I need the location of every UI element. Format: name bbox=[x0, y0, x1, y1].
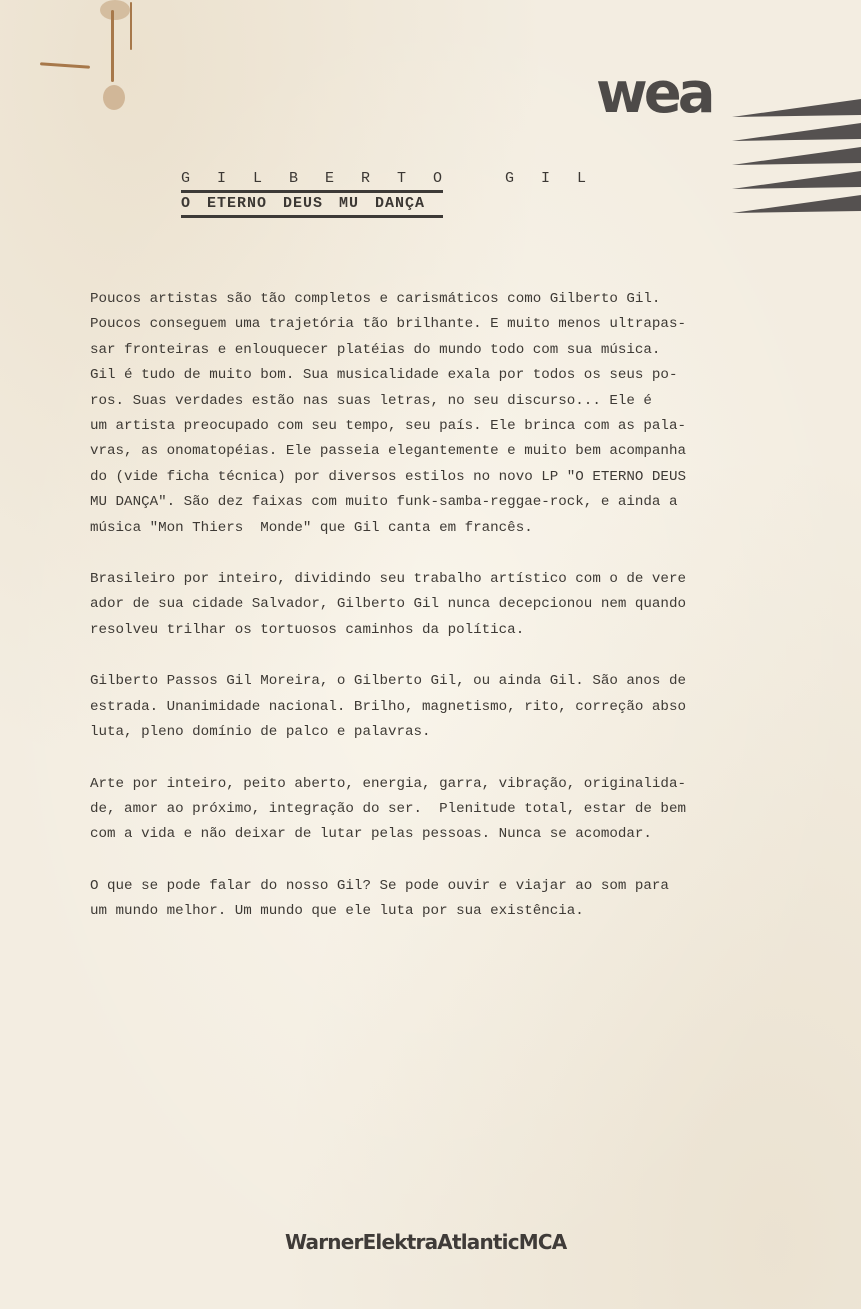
title-divider bbox=[181, 190, 443, 193]
artist-title: G I L B E R T O G I L bbox=[181, 170, 443, 187]
text-line: ador de sua cidade Salvador, Gilberto Gi… bbox=[90, 592, 710, 617]
title-underline bbox=[181, 215, 443, 218]
text-line: sar fronteiras e enlouquecer platéias do… bbox=[90, 338, 710, 363]
paragraph-intro: Poucos artistas são tão completos e cari… bbox=[90, 287, 710, 541]
text-line: estrada. Unanimidade nacional. Brilho, m… bbox=[90, 695, 710, 720]
press-release-body: Poucos artistas são tão completos e cari… bbox=[90, 287, 710, 951]
text-line: MU DANÇA". São dez faixas com muito funk… bbox=[90, 490, 710, 515]
text-line: um mundo melhor. Um mundo que ele luta p… bbox=[90, 899, 710, 924]
paragraph-art: Arte por inteiro, peito aberto, energia,… bbox=[90, 772, 710, 848]
wea-rays-logo-icon bbox=[730, 95, 861, 220]
text-line: vras, as onomatopéias. Ele passeia elega… bbox=[90, 439, 710, 464]
text-line: do (vide ficha técnica) por diversos est… bbox=[90, 465, 710, 490]
staple-mark bbox=[111, 10, 114, 82]
rust-stain bbox=[103, 85, 125, 110]
wea-logo: wea bbox=[596, 66, 712, 122]
text-line: Arte por inteiro, peito aberto, energia,… bbox=[90, 772, 710, 797]
staple-mark bbox=[40, 62, 90, 68]
text-line: Poucos artistas são tão completos e cari… bbox=[90, 287, 710, 312]
text-line: Gil é tudo de muito bom. Sua musicalidad… bbox=[90, 363, 710, 388]
text-line: luta, pleno domínio de palco e palavras. bbox=[90, 720, 710, 745]
paragraph-closing: O que se pode falar do nosso Gil? Se pod… bbox=[90, 874, 710, 925]
text-line: música "Mon Thiers Monde" que Gil canta … bbox=[90, 516, 710, 541]
footer-brand-logo: WarnerElektraAtlanticMCA bbox=[285, 1230, 566, 1254]
text-line: ros. Suas verdades estão nas suas letras… bbox=[90, 389, 710, 414]
paragraph-politics: Brasileiro por inteiro, dividindo seu tr… bbox=[90, 567, 710, 643]
text-line: um artista preocupado com seu tempo, seu… bbox=[90, 414, 710, 439]
text-line: Gilberto Passos Gil Moreira, o Gilberto … bbox=[90, 669, 710, 694]
text-line: resolveu trilhar os tortuosos caminhos d… bbox=[90, 618, 710, 643]
text-line: de, amor ao próximo, integração do ser. … bbox=[90, 797, 710, 822]
paragraph-career: Gilberto Passos Gil Moreira, o Gilberto … bbox=[90, 669, 710, 745]
text-line: com a vida e não deixar de lutar pelas p… bbox=[90, 822, 710, 847]
text-line: Brasileiro por inteiro, dividindo seu tr… bbox=[90, 567, 710, 592]
text-line: Poucos conseguem uma trajetória tão bril… bbox=[90, 312, 710, 337]
title-block: G I L B E R T O G I L O ETERNO DEUS MU D… bbox=[181, 170, 443, 220]
album-title: O ETERNO DEUS MU DANÇA bbox=[181, 195, 443, 212]
text-line: O que se pode falar do nosso Gil? Se pod… bbox=[90, 874, 710, 899]
rust-stain bbox=[100, 0, 130, 20]
staple-mark bbox=[130, 2, 132, 50]
